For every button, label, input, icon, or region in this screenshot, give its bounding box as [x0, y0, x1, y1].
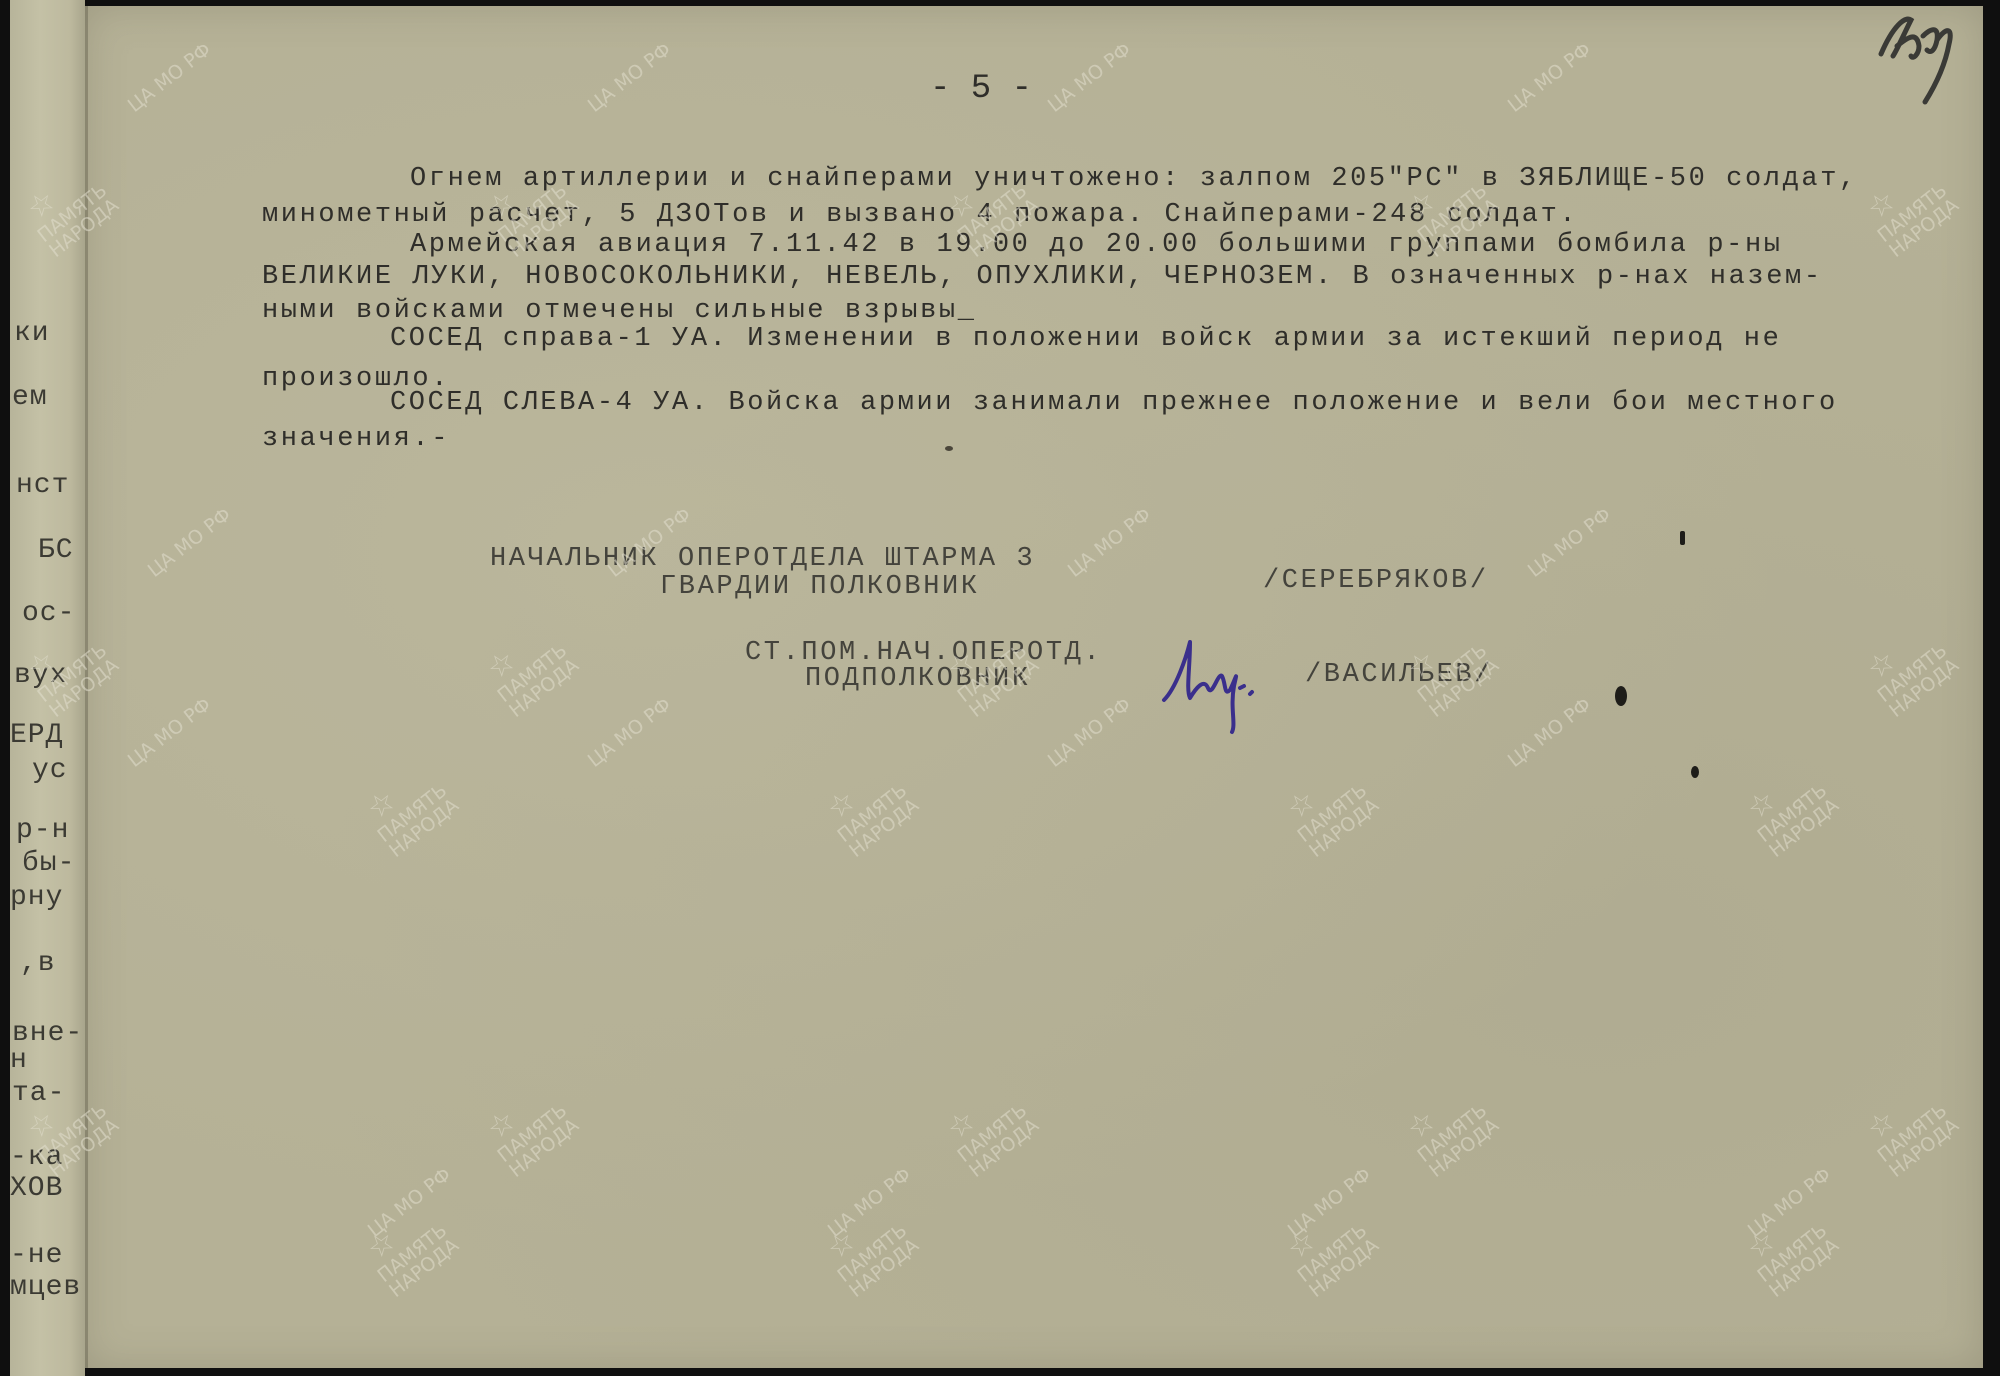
text-line: Огнем артиллерии и снайперами уничтожено… [410, 166, 1858, 193]
watermark-project: ☆ПАМЯТЬНАРОДА [1855, 616, 1963, 722]
signatory-title: НАЧАЛЬНИК ОПЕРОТДЕЛА ШТАРМА 3 [490, 546, 1035, 573]
text-line: СОСЕД СЛЕВА-4 УА. Войска армии занимали … [390, 390, 1838, 417]
text-line: значения.- [262, 426, 450, 453]
star-icon: ☆ [481, 1076, 558, 1146]
watermark-project: ☆ПАМЯТЬНАРОДА [1735, 756, 1843, 862]
watermark-archive: ЦА МО РФ [1045, 695, 1135, 772]
handwritten-signature [1160, 628, 1280, 738]
prev-page-fragment: р-н [16, 815, 69, 846]
text-line: ВЕЛИКИЕ ЛУКИ, НОВОСОКОЛЬНИКИ, НЕВЕЛЬ, ОП… [262, 264, 1823, 291]
watermark-project: ☆ПАМЯТЬНАРОДА [935, 1076, 1043, 1182]
watermark-project: ☆ПАМЯТЬНАРОДА [1395, 1076, 1503, 1182]
watermark-archive: ЦА МО РФ [125, 40, 215, 117]
signatory-name: /СЕРЕБРЯКОВ/ [1263, 568, 1489, 595]
watermark-archive: ЦА МО РФ [825, 1165, 915, 1242]
page-number: - 5 - [930, 72, 1032, 106]
prev-page-fragment: ки [14, 318, 50, 349]
ink-mark [945, 446, 953, 451]
signatory-title: СТ.ПОМ.НАЧ.ОПЕРОТД. [745, 640, 1102, 667]
prev-page-fragment: ос- [22, 598, 75, 629]
star-icon: ☆ [361, 756, 438, 826]
prev-page-fragment: ЕРД [10, 720, 63, 751]
watermark-project: ☆ПАМЯТЬНАРОДА [475, 1076, 583, 1182]
watermark-archive: ЦА МО РФ [1285, 1165, 1375, 1242]
prev-page-fragment: -ка [10, 1142, 63, 1173]
paper-hole [1615, 686, 1627, 706]
watermark-archive: ЦА МО РФ [145, 505, 235, 582]
watermark-project: ☆ПАМЯТЬНАРОДА [1855, 156, 1963, 262]
prev-page-fragment: н [10, 1045, 28, 1076]
text-line: минометный расчет, 5 ДЗОТов и вызвано 4 … [262, 202, 1578, 229]
watermark-archive: ЦА МО РФ [1505, 40, 1595, 117]
prev-page-fragment: ХОВ [10, 1173, 63, 1204]
star-icon: ☆ [941, 1076, 1018, 1146]
watermark-archive: ЦА МО РФ [125, 695, 215, 772]
star-icon: ☆ [1281, 1196, 1358, 1266]
prev-page-fragment: та- [12, 1078, 65, 1109]
watermark-project: ☆ПАМЯТЬНАРОДА [355, 1196, 463, 1302]
watermark-project: ☆ПАМЯТЬНАРОДА [815, 756, 923, 862]
handwritten-folio-number [1853, 6, 1983, 116]
watermark-project: ☆ПАМЯТЬНАРОДА [1735, 1196, 1843, 1302]
prev-page-fragment: нст [16, 470, 69, 501]
prev-page-fragment: ем [12, 382, 48, 413]
watermark-project: ☆ПАМЯТЬНАРОДА [815, 1196, 923, 1302]
watermark-archive: ЦА МО РФ [585, 40, 675, 117]
star-icon: ☆ [1861, 156, 1938, 226]
text-line: ными войсками отмечены сильные взрывы_ [262, 298, 977, 325]
watermark-archive: ЦА МО РФ [1065, 505, 1155, 582]
prev-page-fragment: мцев [10, 1272, 81, 1303]
star-icon: ☆ [1741, 756, 1818, 826]
prev-page-fragment: -не [10, 1240, 63, 1271]
prev-page-fragment: ус [32, 755, 68, 786]
watermark-archive: ЦА МО РФ [1525, 505, 1615, 582]
watermark-archive: ЦА МО РФ [1045, 40, 1135, 117]
star-icon: ☆ [821, 1196, 898, 1266]
watermark-project: ☆ПАМЯТЬНАРОДА [475, 616, 583, 722]
signatory-rank: ПОДПОЛКОВНИК [805, 666, 1031, 693]
signatory-name: /ВАСИЛЬЕВ/ [1305, 662, 1493, 689]
watermark-project: ☆ПАМЯТЬНАРОДА [1275, 756, 1383, 862]
prev-page-fragment: рну [10, 882, 63, 913]
prev-page-fragment: бы- [22, 848, 75, 879]
watermark-project: ☆ПАМЯТЬНАРОДА [1855, 1076, 1963, 1182]
star-icon: ☆ [481, 616, 558, 686]
prev-page-fragment: БС [38, 535, 74, 566]
star-icon: ☆ [361, 1196, 438, 1266]
paper-hole [1691, 766, 1699, 778]
watermark-archive: ЦА МО РФ [1505, 695, 1595, 772]
star-icon: ☆ [1281, 756, 1358, 826]
star-icon: ☆ [1401, 1076, 1478, 1146]
watermark-project: ☆ПАМЯТЬНАРОДА [355, 756, 463, 862]
page-fold-shadow [85, 6, 88, 1368]
watermark-archive: ЦА МО РФ [585, 695, 675, 772]
document-page: - 5 - Огнем артиллерии и снайперами унич… [85, 6, 1983, 1368]
prev-page-fragment: ,в [20, 948, 56, 979]
star-icon: ☆ [1861, 616, 1938, 686]
star-icon: ☆ [1861, 1076, 1938, 1146]
text-line: Армейская авиация 7.11.42 в 19.00 до 20.… [410, 232, 1783, 259]
ink-mark [1680, 531, 1685, 545]
star-icon: ☆ [1741, 1196, 1818, 1266]
text-line: СОСЕД справа-1 УА. Изменении в положении… [390, 326, 1781, 353]
star-icon: ☆ [821, 756, 898, 826]
signatory-rank: ГВАРДИИ ПОЛКОВНИК [660, 574, 980, 601]
watermark-project: ☆ПАМЯТЬНАРОДА [1275, 1196, 1383, 1302]
watermark-archive: ЦА МО РФ [365, 1165, 455, 1242]
previous-page-edge: ки ем нст БС ос- вух ЕРД ус р-н бы- рну … [10, 0, 85, 1376]
watermark-archive: ЦА МО РФ [1745, 1165, 1835, 1242]
prev-page-fragment: вух [14, 660, 67, 691]
